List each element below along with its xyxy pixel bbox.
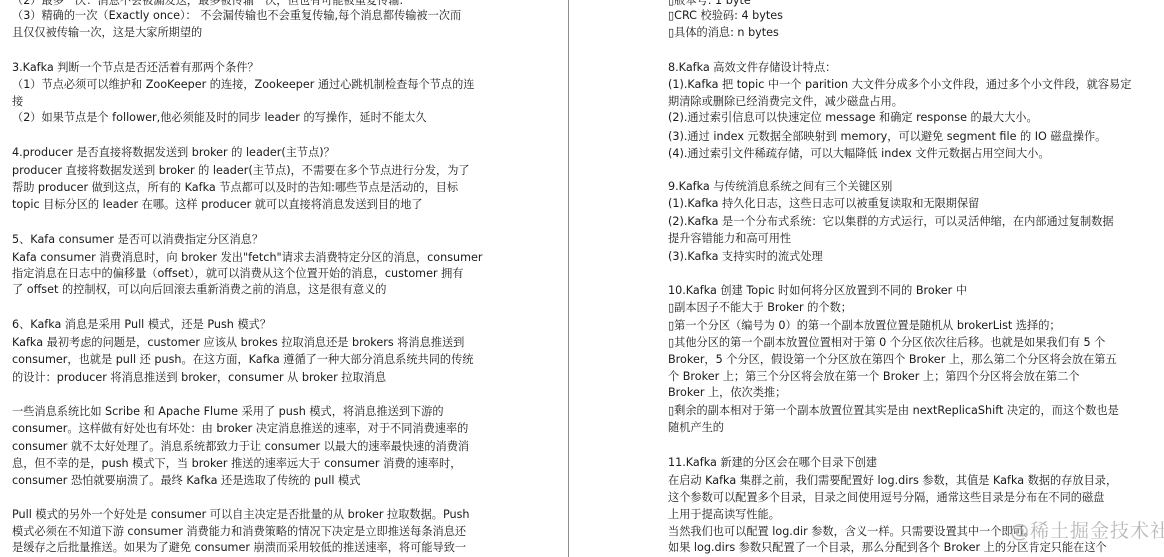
text-line: 11.Kafka 新建的分区会在哪个目录下创建 [668, 454, 877, 471]
text-line: producer 直接将数据发送到 broker 的 leader(主节点)，不… [12, 162, 470, 179]
text-line: (3).Kafka 支持实时的流式处理 [668, 248, 823, 265]
text-line: 10.Kafka 创建 Topic 时如何将分区放置到不同的 Broker 中 [668, 282, 967, 299]
text-line: 帮助 producer 做到这点，所有的 Kafka 节点都可以及时的告知:哪些… [12, 179, 458, 196]
text-line: (1).Kafka 持久化日志，这些日志可以被重复读取和无限期保留 [668, 195, 979, 212]
text-line: 的设计：producer 将消息推送到 broker，consumer 从 br… [12, 369, 386, 386]
text-line: topic 目标分区的 leader 在哪。这样 producer 就可以直接将… [12, 196, 423, 213]
text-line: (1).Kafka 把 topic 中一个 parition 大文件分成多个小文… [668, 76, 1131, 93]
text-line: Broker 上，依次类推； [668, 384, 786, 401]
text-line: （2）如果节点是个 follower,他必须能及时的同步 leader 的写操作… [12, 109, 427, 126]
text-line: 接 [12, 93, 23, 110]
text-line: 息，但不幸的是，push 模式下，当 broker 推送的速率远大于 consu… [12, 455, 461, 472]
text-line: 期清除或删除已经消费完文件，减少磁盘占用。 [668, 93, 903, 110]
text-line: 3.Kafka 判断一个节点是否还活着有那两个条件？ [12, 59, 259, 76]
text-line: consumer，也就是 pull 还 push。在这方面，Kafka 遵循了一… [12, 351, 473, 368]
text-line: 8.Kafka 高效文件存储设计特点： [668, 59, 836, 76]
text-line: ▯CRC 校验码: 4 bytes [668, 7, 783, 24]
text-line: 当然我们也可以配置 log.dir 参数，含义一样。只需要设置其中一个即可。 [668, 523, 1035, 540]
text-line: 5、Kafa consumer 是否可以消费指定分区消息？ [12, 231, 263, 248]
text-line: 这个参数可以配置多个目录，目录之间使用逗号分隔，通常这些目录是分布在不同的磁盘 [668, 489, 1104, 506]
text-line: Kafka 最初考虑的问题是，customer 应该从 brokes 拉取消息还… [12, 334, 464, 351]
text-line: ▯剩余的副本相对于第一个副本放置位置其实是由 nextReplicaShift … [668, 402, 1119, 419]
text-line: Broker，5 个分区，假设第一个分区放在第四个 Broker 上，那么第二个… [668, 351, 1117, 368]
text-line: ▯第一个分区（编号为 0）的第一个副本放置位置是随机从 brokerList 选… [668, 317, 1061, 334]
text-line: 提升容错能力和高可用性 [668, 230, 791, 247]
text-line: 模式必须在不知道下游 consumer 消费能力和消费策略的情况下决定是立即推送… [12, 523, 466, 540]
text-line: (3).通过 index 元数据全部映射到 memory，可以避免 segmen… [668, 128, 1106, 145]
text-line: 且仅仅被传输一次，这是大家所期望的 [12, 24, 202, 41]
text-line: (2).通过索引信息可以快速定位 message 和确定 response 的最… [668, 109, 1038, 126]
text-line: consumer 就不太好处理了。消息系统都致力于让 consumer 以最大的… [12, 438, 469, 455]
text-line: ▯其他分区的第一个副本放置位置相对于第 0 个分区依次往后移。也就是如果我们有 … [668, 334, 1105, 351]
text-line: 一些消息系统比如 Scribe 和 Apache Flume 采用了 push … [12, 403, 444, 420]
text-line: ▯副本因子不能大于 Broker 的个数； [668, 299, 852, 316]
text-line: 9.Kafka 与传统消息系统之间有三个关键区别 [668, 178, 892, 195]
text-line: （1）节点必须可以维护和 ZooKeeper 的连接，Zookeeper 通过心… [12, 76, 475, 93]
text-line: 随机产生的 [668, 419, 724, 436]
text-line: consumer 恐怕就要崩溃了。最终 Kafka 还是选取了传统的 pull … [12, 472, 360, 489]
text-line: 个 Broker 上；第三个分区将会放在第一个 Broker 上；第四个分区将会… [668, 368, 1080, 385]
text-line: 上用于提高读写性能。 [668, 506, 780, 523]
text-line: Kafa consumer 消费消息时，向 broker 发出"fetch"请求… [12, 249, 483, 266]
text-line: 6、Kafka 消息是采用 Pull 模式，还是 Push 模式？ [12, 316, 271, 333]
watermark: @稀土掘金技术社区 [1010, 516, 1164, 543]
text-line: (2).Kafka 是一个分布式系统：它以集群的方式运行，可以灵活伸缩，在内部通… [668, 213, 1114, 230]
text-line: consumer。这样做有好处也有坏处：由 broker 决定消息推送的速率，对… [12, 420, 468, 437]
text-line: ▯具体的消息: n bytes [668, 24, 779, 41]
text-line: 4.producer 是否直接将数据发送到 broker 的 leader(主节… [12, 144, 335, 161]
page-divider [568, 0, 569, 557]
text-line: 在启动 Kafka 集群之前，我们需要配置好 log.dirs 参数，其值是 K… [668, 472, 1117, 489]
text-line: Pull 模式的另外一个好处是 consumer 可以自主决定是否批量的从 br… [12, 506, 470, 523]
text-line: 是缓存之后批量推送。如果为了避免 consumer 崩溃而采用较低的推送速率，将… [12, 539, 466, 556]
text-line: (4).通过索引文件稀疏存储，可以大幅降低 index 文件元数据占用空间大小。 [668, 145, 1050, 162]
text-line: （3）精确的一次（Exactly once）： 不会漏传输也不会重复传输,每个消… [12, 7, 461, 24]
text-line: 了 offset 的控制权，可以向后回滚去重新消费之前的消息，这是很有意义的 [12, 281, 386, 298]
text-line: 指定消息在日志中的偏移量（offset），就可以消费从这个位置开始的消息，cus… [12, 265, 463, 282]
